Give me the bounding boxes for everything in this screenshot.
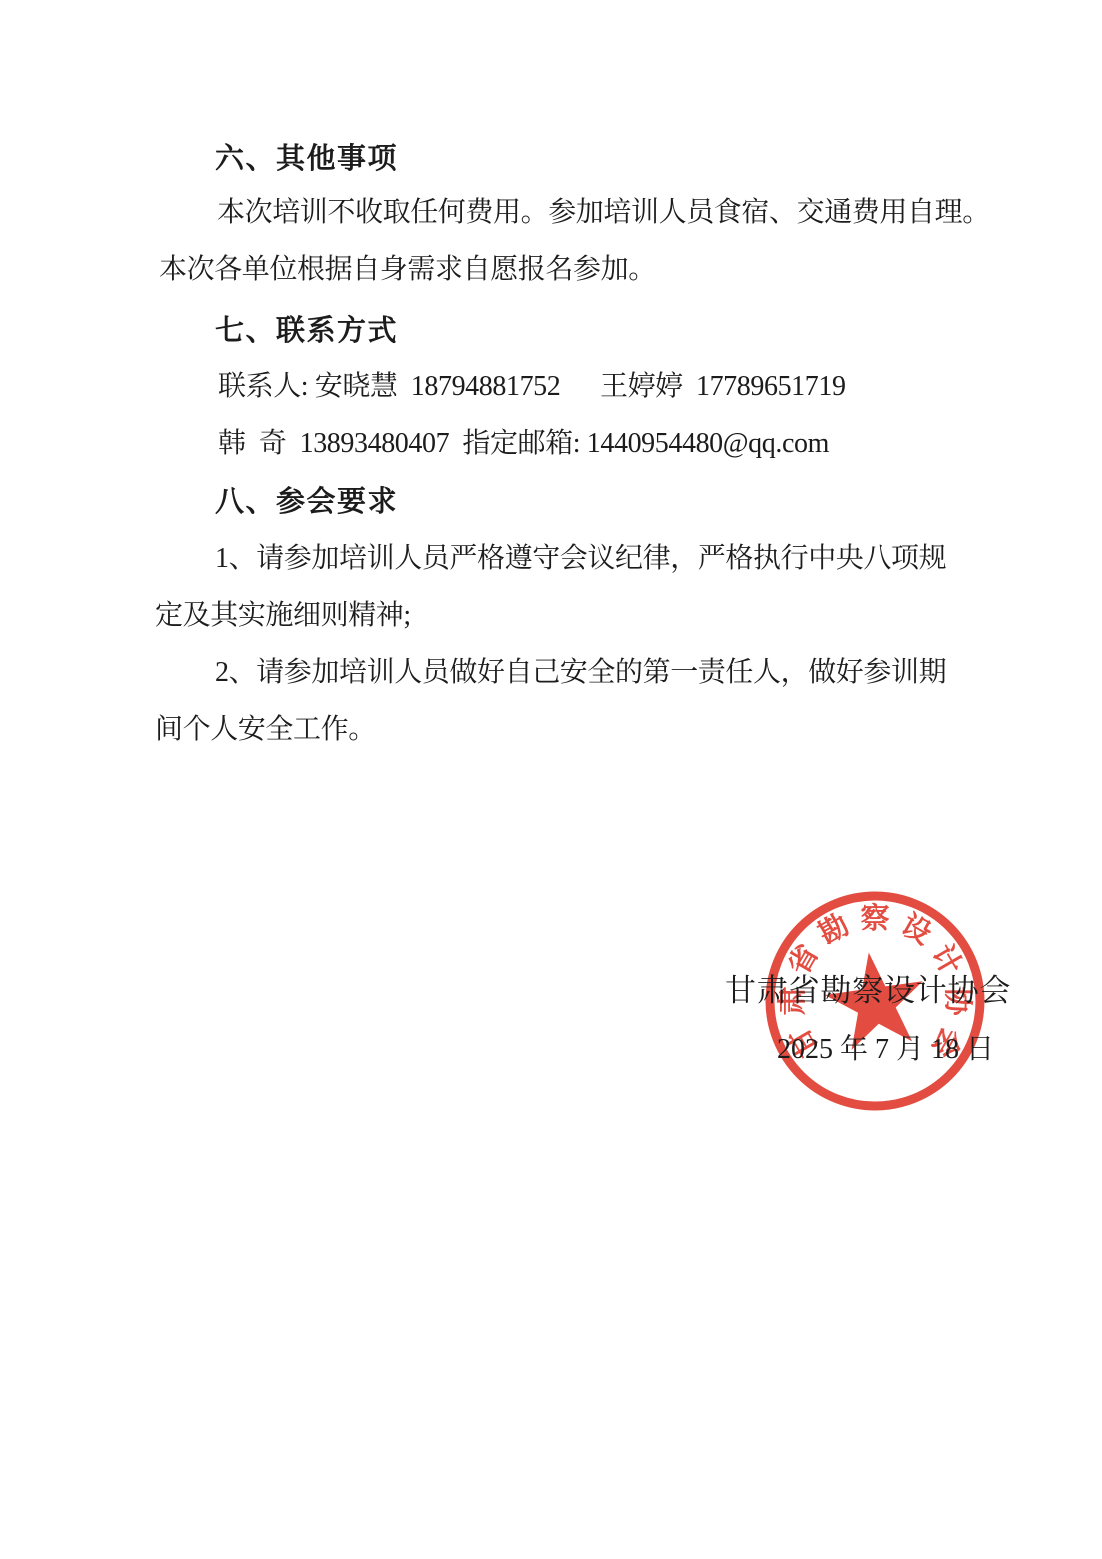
contact-line-2: 韩 奇 13893480407 指定邮箱: 1440954480@qq.com: [218, 430, 829, 458]
signature-date: 2025 年 7 月 18 日: [777, 1036, 994, 1064]
requirement-2-line-1: 2、请参加培训人员做好自己安全的第一责任人，做好参训期: [215, 659, 946, 687]
requirement-2-line-2: 间个人安全工作。: [155, 716, 376, 744]
seal-char: 察: [860, 901, 889, 935]
section-heading-7: 七、联系方式: [215, 317, 398, 346]
section-heading-8: 八、参会要求: [215, 488, 398, 517]
section-heading-6: 六、其他事项: [215, 145, 398, 174]
para-fees-line-1: 本次培训不收取任何费用。参加培训人员食宿、交通费用自理。: [217, 199, 990, 227]
signature-organization: 甘肃省勘察设计协会: [725, 975, 1011, 1006]
requirement-1-line-1: 1、请参加培训人员严格遵守会议纪律，严格执行中央八项规: [215, 545, 946, 573]
document-page: 六、其他事项 本次培训不收取任何费用。参加培训人员食宿、交通费用自理。 本次各单…: [0, 0, 1102, 1559]
para-fees-line-2: 本次各单位根据自身需求自愿报名参加。: [159, 256, 656, 284]
requirement-1-line-2: 定及其实施细则精神;: [155, 602, 411, 630]
contact-line-1: 联系人: 安晓慧 18794881752 王婷婷 17789651719: [218, 373, 846, 401]
